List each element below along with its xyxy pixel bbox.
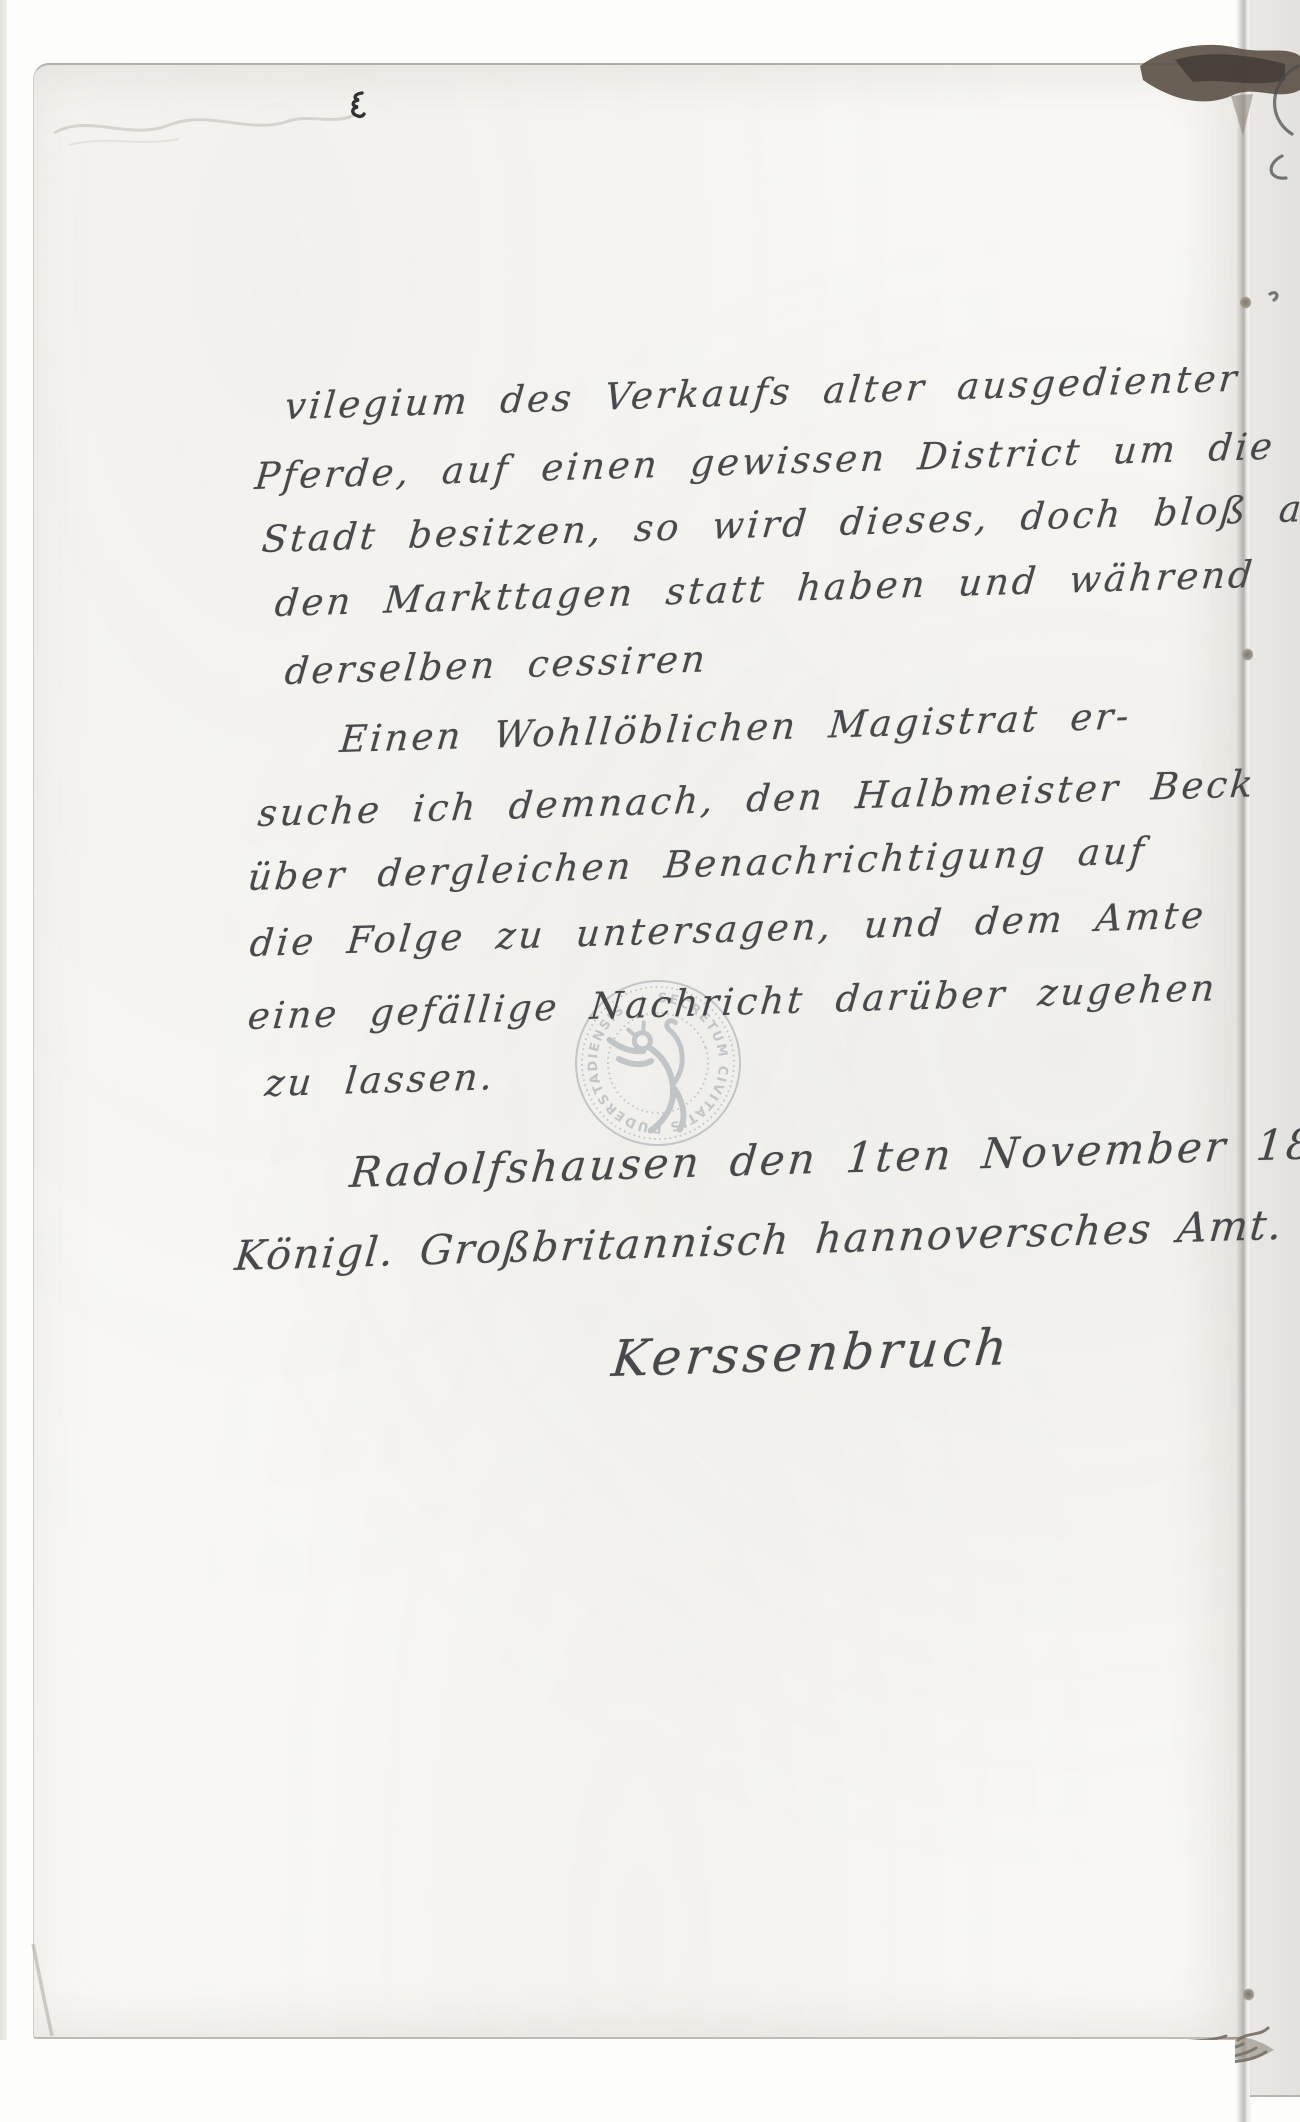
corner-crease bbox=[24, 1942, 66, 2040]
signature: Kerssenbruch bbox=[609, 1318, 1013, 1388]
ink-blot bbox=[346, 90, 370, 124]
binding-thread bbox=[1240, 296, 1251, 309]
adjacent-page-writing bbox=[1252, 58, 1300, 328]
scanner-edge-strip bbox=[0, 0, 7, 2122]
binding-thread bbox=[1243, 1988, 1254, 2001]
pencil-scribble bbox=[49, 95, 369, 155]
scan-background-bottom bbox=[0, 2040, 1235, 2122]
scanned-manuscript: + SECRETUM CIVITATIS DUDERSTADIENSIS vil… bbox=[0, 0, 1300, 2122]
handwritten-line: zu lassen. bbox=[263, 1055, 497, 1105]
binding-thread bbox=[1242, 648, 1253, 661]
binding-fold-shadow bbox=[1236, 0, 1252, 2122]
